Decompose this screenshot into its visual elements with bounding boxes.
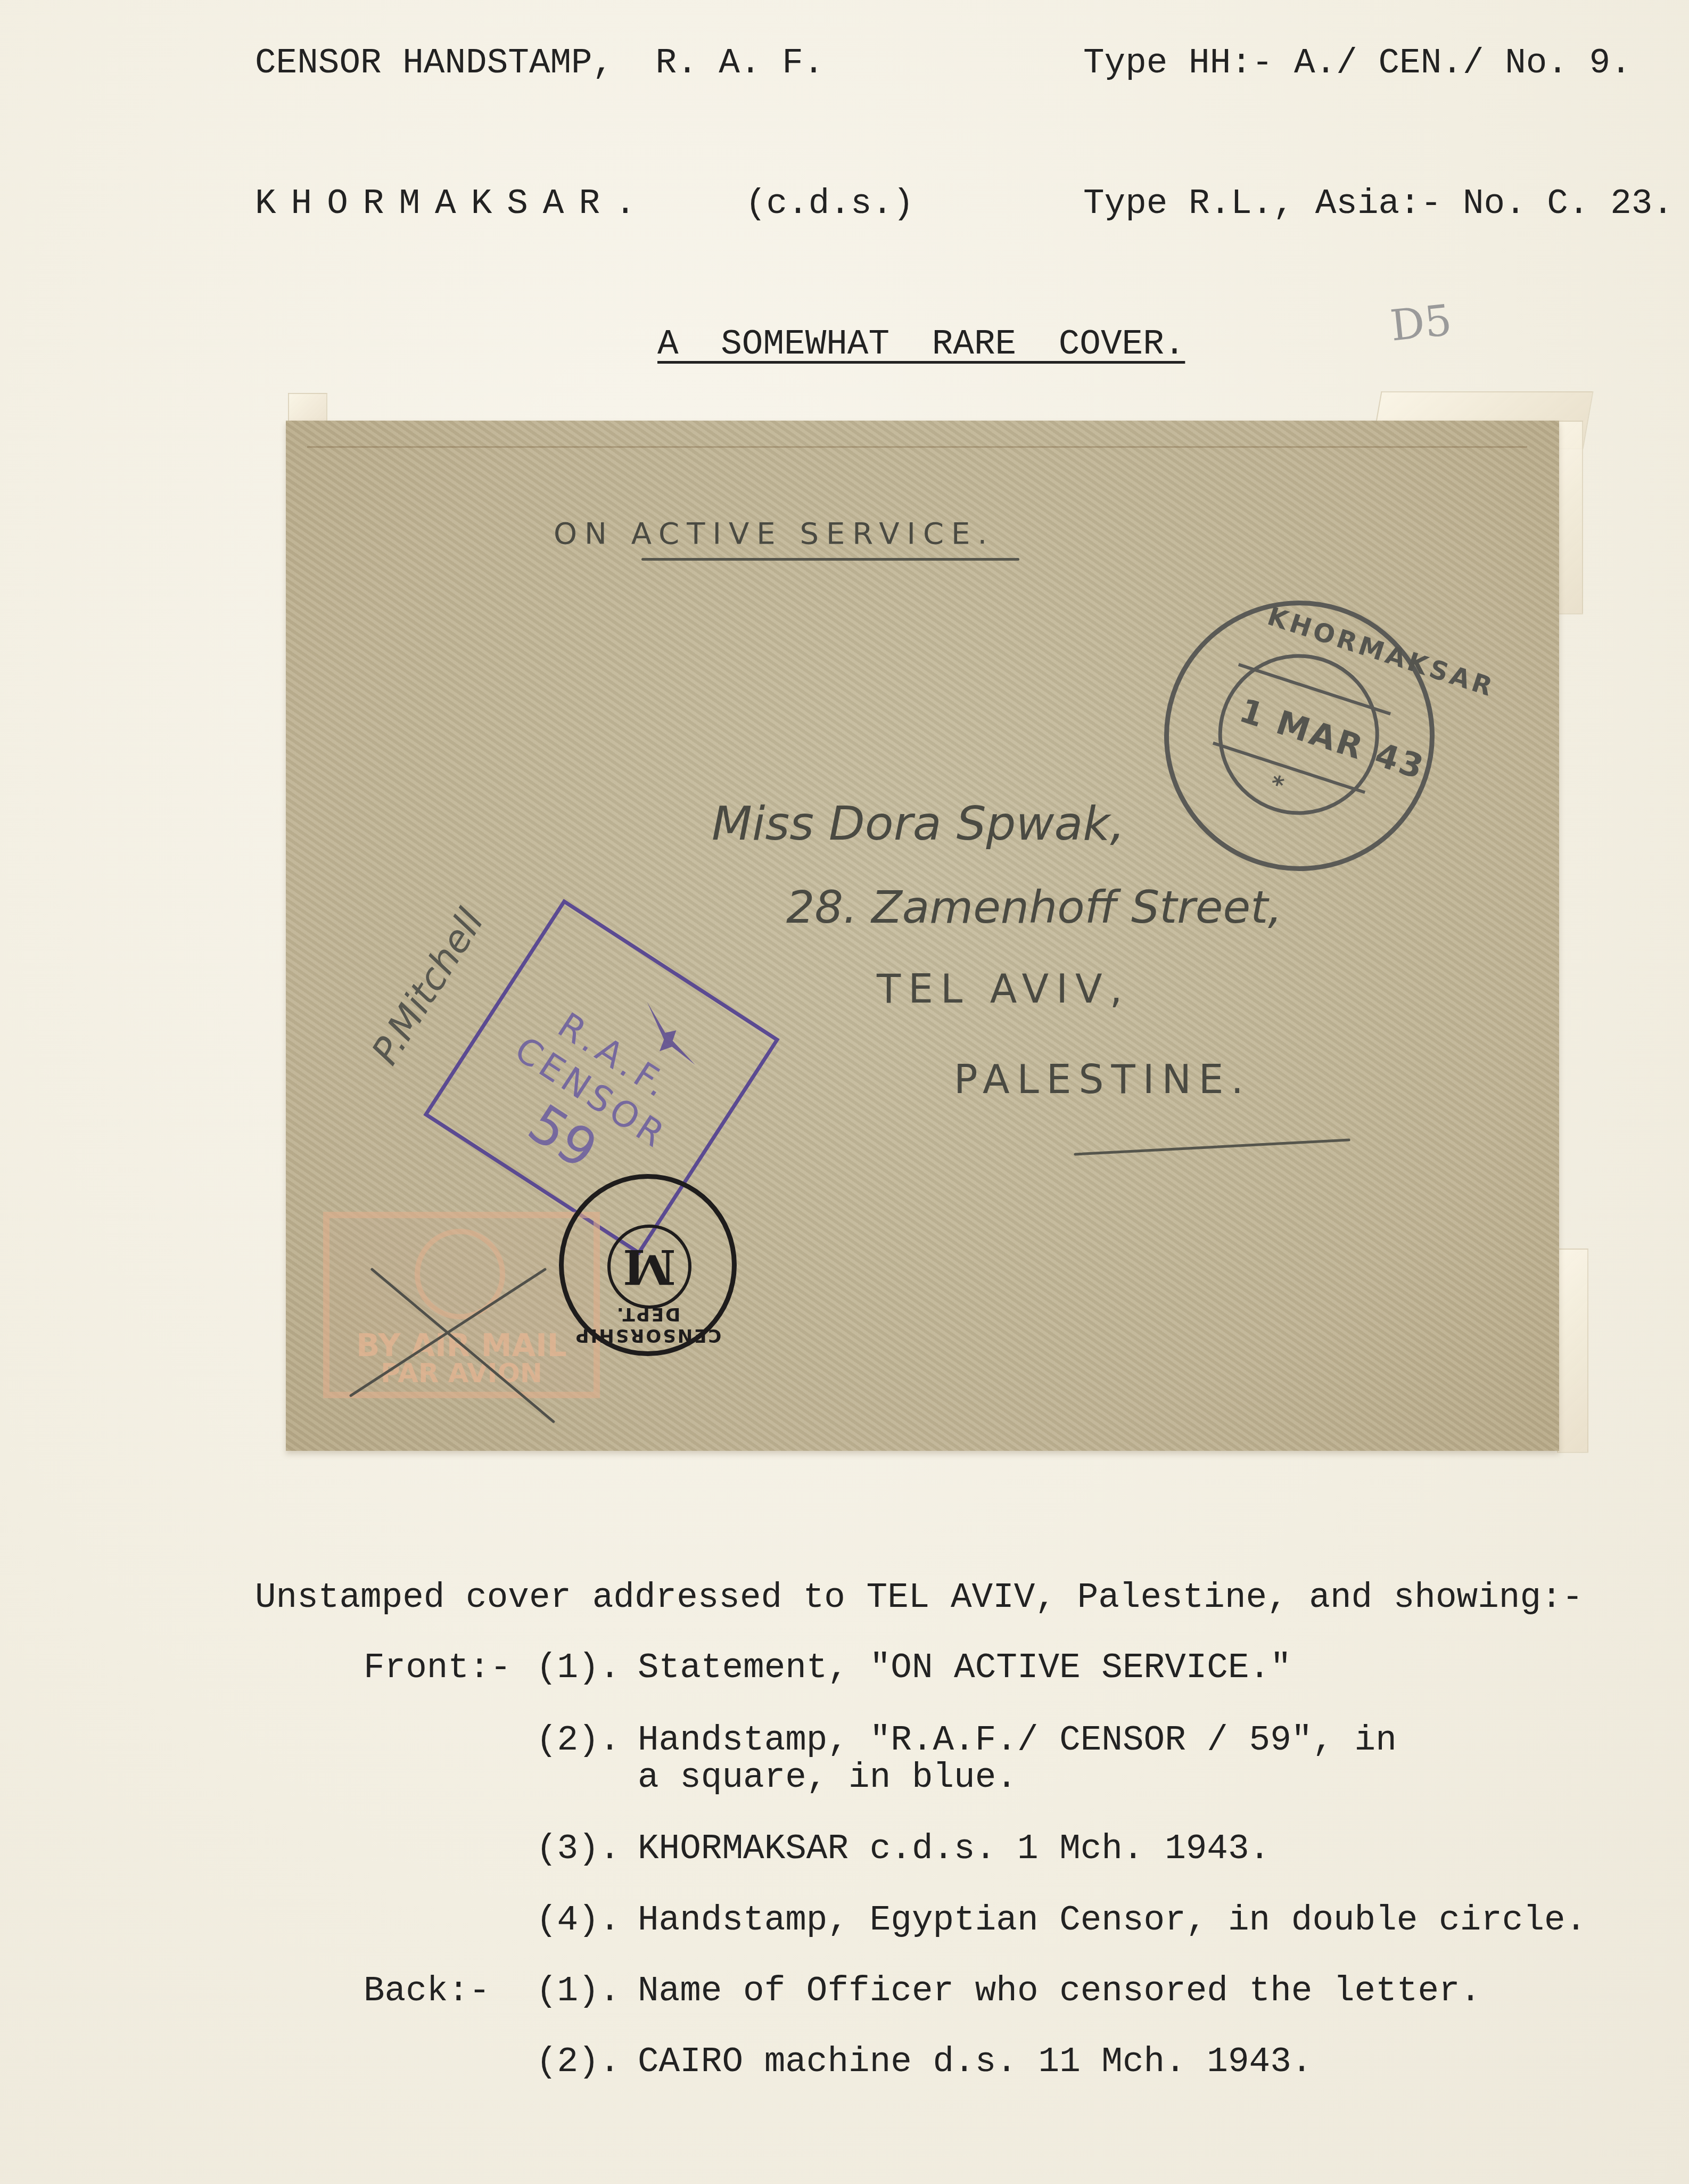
- egypt-censor-ring-text: CENSORSHIP DEPT.: [564, 1303, 732, 1346]
- front-label: Front:-: [364, 1651, 511, 1686]
- back-label: Back:-: [364, 1974, 490, 2009]
- cover-envelope: ON ACTIVE SERVICE. Miss Dora Spwak, 28. …: [286, 421, 1559, 1451]
- page-title: A SOMEWHAT RARE COVER.: [657, 327, 1185, 362]
- endorsement-on-active-service: ON ACTIVE SERVICE.: [554, 516, 994, 551]
- address-line-city: TEL AVIV,: [877, 966, 1130, 1012]
- header-stamp-type: CENSOR HANDSTAMP, R. A. F.: [255, 46, 824, 81]
- airmail-label: BY AIR MAIL PAR AVION: [323, 1212, 600, 1398]
- back-item-1-text: Name of Officer who censored the letter.: [638, 1974, 1481, 2009]
- endorsement-underline: [641, 558, 1019, 561]
- khormaksar-postmark: KHORMAKSAR 1 MAR 43 *: [1129, 565, 1470, 906]
- egypt-censor-inner-circle: M: [607, 1225, 691, 1309]
- back-item-1-num: (1).: [536, 1974, 620, 2009]
- airmail-logo-icon: [415, 1229, 505, 1319]
- header-catalogue-ref-2: Type R.L., Asia:- No. C. 23.: [1083, 186, 1674, 221]
- front-item-4-num: (4).: [536, 1903, 620, 1938]
- back-item-2-text: CAIRO machine d.s. 11 Mch. 1943.: [638, 2045, 1312, 2080]
- back-item-2-num: (2).: [536, 2045, 620, 2080]
- header-catalogue-ref-1: Type HH:- A./ CEN./ No. 9.: [1083, 46, 1632, 81]
- mount-hinge-right-lower: [1557, 1249, 1588, 1453]
- front-item-2-num: (2).: [536, 1723, 620, 1758]
- front-item-4-text: Handstamp, Egyptian Censor, in double ci…: [638, 1903, 1586, 1938]
- egyptian-censor-handstamp: CENSORSHIP DEPT. M: [559, 1174, 737, 1356]
- address-line-country: PALESTINE.: [954, 1057, 1251, 1103]
- address-line-street: 28. Zamenhoff Street,: [786, 881, 1282, 933]
- address-underline: [1074, 1138, 1350, 1155]
- address-line-name: Miss Dora Spwak,: [712, 796, 1125, 851]
- egypt-censor-letter: M: [623, 1238, 676, 1295]
- front-item-2-text: Handstamp, "R.A.F./ CENSOR / 59", in: [638, 1723, 1397, 1758]
- front-item-3-text: KHORMAKSAR c.d.s. 1 Mch. 1943.: [638, 1832, 1270, 1867]
- front-item-1-num: (1).: [536, 1651, 620, 1686]
- header-postmark-kind: (c.d.s.): [745, 186, 914, 221]
- front-item-3-num: (3).: [536, 1832, 620, 1867]
- front-item-2-continuation: a square, in blue.: [638, 1760, 1017, 1795]
- description-intro: Unstamped cover addressed to TEL AVIV, P…: [255, 1580, 1583, 1615]
- header-postmark-town: KHORMAKSAR.: [255, 186, 651, 221]
- front-item-1-text: Statement, "ON ACTIVE SERVICE.": [638, 1651, 1291, 1686]
- envelope-flap-crease: [307, 446, 1527, 448]
- pencil-annotation: D5: [1388, 295, 1454, 351]
